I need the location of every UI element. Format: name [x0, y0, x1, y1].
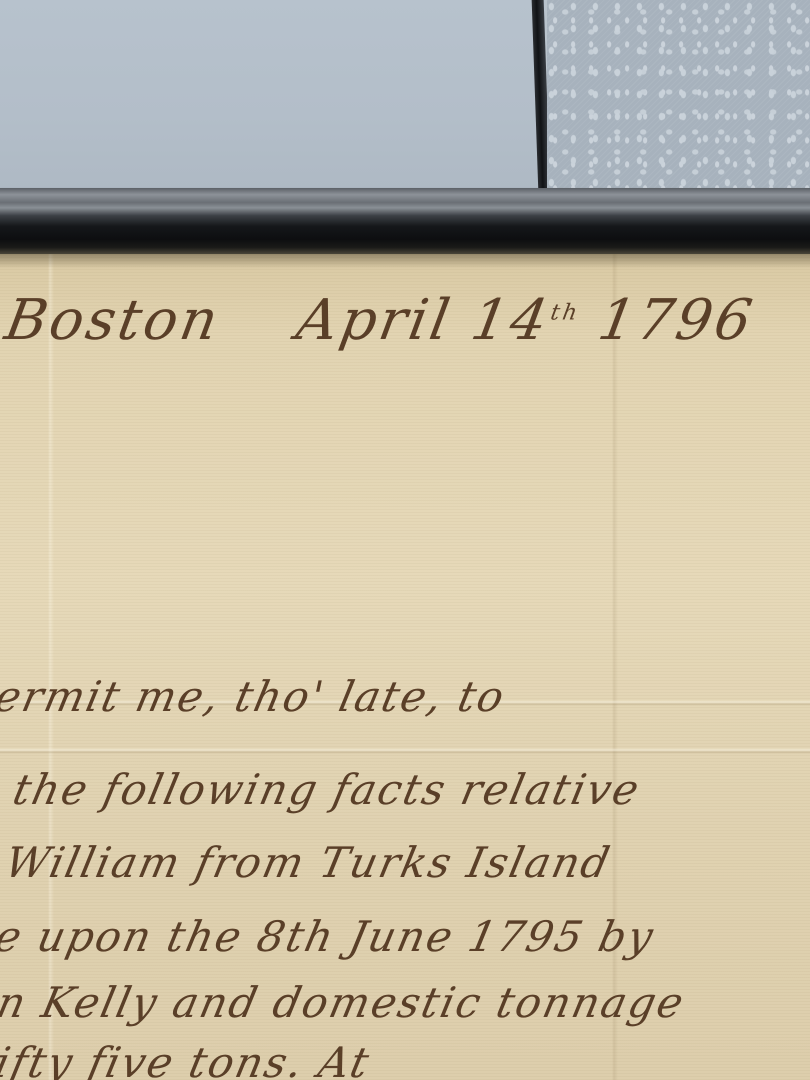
letter-dateline: Boston April 14th 1796: [0, 288, 759, 353]
frame-shadow: [0, 254, 810, 268]
letter-line: the following facts relative: [9, 765, 645, 814]
textured-surface: [547, 0, 810, 192]
dateline-date: April 14: [292, 288, 555, 353]
dateline-year: 1796: [594, 288, 760, 353]
paper-fold: [0, 748, 810, 754]
dateline-place: Boston: [0, 288, 225, 353]
framed-letter-photo: Boston April 14th 1796 ermit me, tho' la…: [0, 0, 810, 1080]
wall-backdrop: [0, 0, 545, 192]
letter-line: e upon the 8th June 1795 by: [0, 912, 659, 961]
letter-line: n Kelly and domestic tonnage: [0, 978, 690, 1027]
dateline-ordinal: th: [549, 300, 582, 325]
letter-line: ermit me, tho' late, to: [0, 672, 510, 721]
picture-frame-top-rail: [0, 188, 810, 254]
letter-line: William from Turks Island: [1, 838, 616, 887]
letter-line: ifty five tons. At: [0, 1038, 375, 1080]
